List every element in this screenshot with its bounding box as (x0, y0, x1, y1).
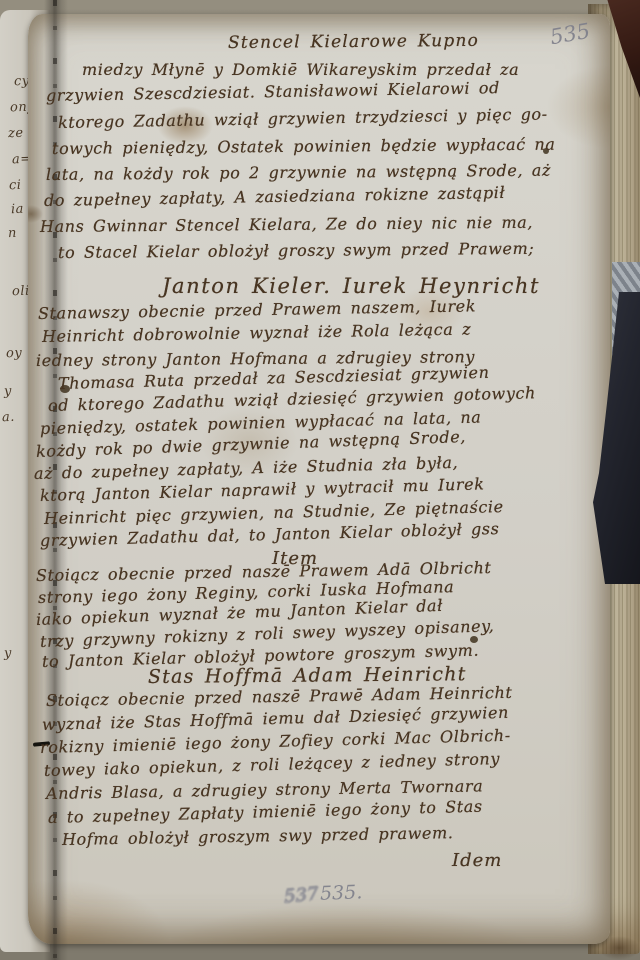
manuscript-line: do zupełney zapłaty, A zasiedziana rokiz… (44, 183, 506, 210)
manuscript-line: Hans Gwinnar Stencel Kielara, Ze do niey… (40, 213, 533, 236)
manuscript-line: Stanawszy obecnie przed Prawem naszem, I… (38, 296, 476, 323)
manuscript-line: miedzy Młynē y Domkiē Wikareyskim przeda… (82, 60, 519, 79)
manuscript-line: Hofma oblożył groszym swy przed prawem. (62, 823, 454, 849)
manuscript-line: ktorego Zadathu wziął grzywien trzydzies… (58, 104, 548, 132)
page-number-top-pencil: 535 (548, 19, 592, 50)
manuscript-line: grzywien Szescdziesiat. Stanisławowi Kie… (46, 78, 500, 105)
manuscript-line: lata, na kożdy rok po 2 grzywnie na wstę… (46, 161, 551, 184)
handwritten-text-layer: Stencel Kielarowe Kupno miedzy Młynē y D… (0, 0, 640, 960)
section-heading: Stencel Kielarowe Kupno (228, 31, 479, 53)
manuscript-line: to Stacel Kielar oblożył groszy swym prz… (58, 239, 534, 262)
manuscript-line: towych pieniędzy, Ostatek powinien będzi… (52, 135, 556, 158)
section-heading: Janton Kieler. Iurek Heynricht (162, 274, 540, 298)
closing-word: Idem (452, 850, 502, 871)
manuscript-line: Heinricht dobrowolnie wyznał iże Rola le… (42, 320, 471, 346)
book-photo: cy ony ze a= ci ia n oli oy y a. y Stenc… (0, 0, 640, 960)
page-number-bottom-pencil: 535. (320, 881, 363, 904)
page-number-crossed-pencil: 537 (283, 883, 319, 907)
